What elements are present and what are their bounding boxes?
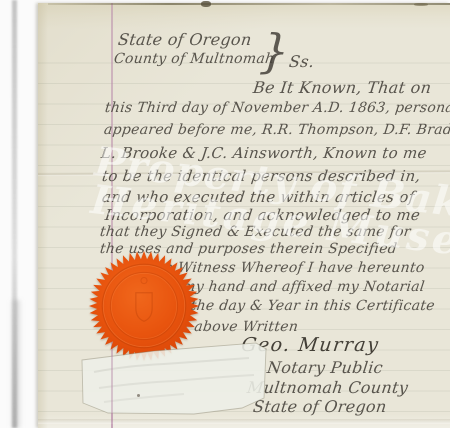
handwritten-line: L. Brooke & J.C. Ainsworth, Known to me: [100, 144, 428, 162]
handwritten-line: that they Signed & Executed the same for: [99, 224, 412, 240]
paper-edge-mark: [414, 3, 428, 6]
scanner-edge-shadow-lower: [10, 300, 22, 428]
paper-top-edge: [48, 3, 450, 5]
handwritten-brace: }: [258, 24, 291, 78]
signature-title: Notary Public: [266, 358, 384, 377]
handwritten-line: and who executed the within articles of: [101, 188, 416, 206]
handwritten-line: Be It Known, That on: [252, 78, 433, 97]
ledger-margin-line-over-patch: [111, 356, 113, 428]
handwritten-line: Incorporation, and acknowledged to me: [104, 206, 421, 224]
ink-speck: [137, 394, 140, 397]
paper-patch: [74, 336, 278, 428]
handwritten-line: this Third day of November A.D. 1863, pe…: [104, 100, 450, 116]
handwritten-ss: Ss.: [288, 52, 316, 71]
handwritten-line-county: County of Multnomah: [113, 51, 275, 67]
handwritten-line: appeared before me, R.R. Thompson, D.F. …: [103, 122, 450, 138]
binding-mark: [201, 1, 211, 7]
handwritten-line-state: State of Oregon: [117, 30, 253, 49]
handwritten-line: to be the identical persons described in…: [101, 167, 422, 185]
